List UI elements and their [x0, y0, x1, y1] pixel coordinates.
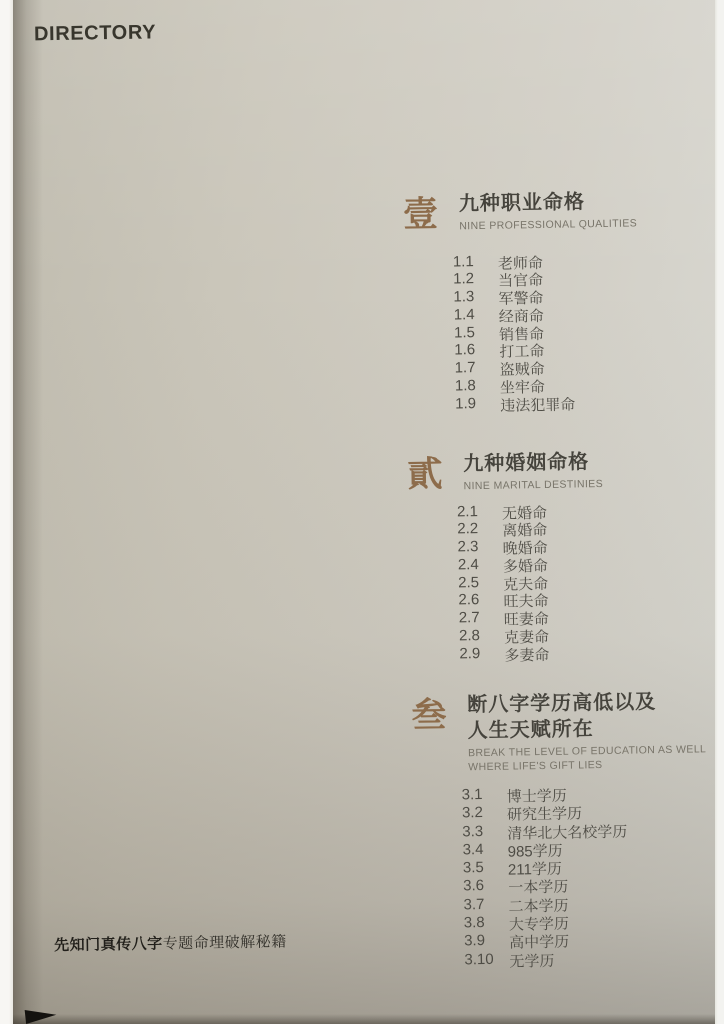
section-items: 2.1无婚命2.2离婚命2.3晚婚命2.4多婚命2.5克夫命2.6旺夫命2.7旺… — [457, 500, 606, 663]
section-subtitle-line: NINE PROFESSIONAL QUALITIES — [459, 217, 637, 233]
toc-item-label: 克夫命 — [503, 573, 548, 592]
section-body: 九种职业命格 NINE PROFESSIONAL QUALITIES 1.1老师… — [459, 188, 641, 413]
section-items: 1.1老师命1.2当官命1.3军警命1.4经商命1.5销售命1.6打工命1.7盗… — [453, 250, 641, 413]
toc-item-number: 1.7 — [454, 359, 499, 378]
toc-item-label: 违法犯罪命 — [500, 393, 575, 412]
toc-item-label: 离婚命 — [502, 519, 547, 538]
toc-item-label: 高中学历 — [509, 931, 569, 950]
section-items: 3.1博士学历3.2研究生学历3.3清华北大名校学历3.4985学历3.5211… — [462, 782, 710, 969]
toc-item-label: 旺妻命 — [504, 608, 549, 627]
toc-item-number: 3.5 — [463, 859, 508, 878]
toc-item-number: 2.9 — [459, 645, 504, 664]
toc-item-label: 211学历 — [508, 858, 562, 877]
toc-item-number: 3.3 — [462, 822, 507, 841]
toc-item-label: 博士学历 — [507, 785, 567, 804]
toc-item-label: 经商命 — [499, 305, 544, 324]
toc-item-label: 军警命 — [498, 287, 543, 306]
toc-item-number: 3.1 — [462, 786, 507, 805]
section-numeral: 壹 — [403, 196, 451, 414]
toc-item-number: 2.4 — [458, 556, 503, 575]
toc-item-number: 1.6 — [454, 341, 499, 360]
toc-item-label: 旺夫命 — [503, 590, 548, 609]
footer-subtitle: 专题命理破解秘籍 — [163, 933, 287, 952]
toc-item-label: 老师命 — [498, 251, 543, 270]
toc-item-number: 2.3 — [457, 538, 502, 557]
section-subtitle: BREAK THE LEVEL OF EDUCATION AS WELLWHER… — [468, 743, 707, 774]
toc-item: 2.9多妻命 — [459, 643, 606, 663]
toc-item-number: 1.8 — [455, 377, 500, 396]
toc-item-number: 3.10 — [464, 950, 509, 969]
toc-item: 1.9违法犯罪命 — [455, 392, 640, 413]
toc-item-number: 2.1 — [457, 502, 502, 521]
triangle-marker-icon — [25, 1007, 57, 1024]
toc-item-number: 1.5 — [454, 323, 499, 342]
toc-item-label: 晚婚命 — [502, 537, 547, 556]
toc-item-number: 1.2 — [453, 270, 498, 289]
toc-item-number: 1.1 — [453, 252, 498, 271]
toc-item-number: 3.9 — [464, 932, 509, 951]
section-title-line: 九种婚姻命格 — [463, 449, 603, 477]
toc-item-number: 1.9 — [455, 395, 500, 414]
toc-item-number: 3.4 — [462, 841, 507, 860]
toc-item-label: 一本学历 — [508, 876, 568, 895]
toc-item: 3.10无学历 — [464, 947, 710, 969]
toc-section: 貳 九种婚姻命格 NINE MARITAL DESTINIES 2.1无婚命2.… — [407, 449, 606, 664]
toc-item-label: 多婚命 — [503, 555, 548, 574]
section-numeral: 貳 — [407, 456, 454, 664]
section-title: 九种婚姻命格 — [463, 449, 603, 477]
section-body: 断八字学历高低以及人生天赋所在 BREAK THE LEVEL OF EDUCA… — [467, 688, 710, 969]
section-subtitle: NINE MARITAL DESTINIES — [463, 478, 603, 494]
page-title: DIRECTORY — [34, 21, 156, 46]
footer-caption: 先知门真传八字专题命理破解秘籍 — [54, 930, 287, 955]
section-title-line: 断八字学历高低以及 — [467, 688, 706, 718]
toc-item-number: 1.4 — [454, 306, 499, 325]
toc-item-label: 清华北大名校学历 — [507, 820, 627, 840]
toc-item-number: 3.8 — [464, 914, 509, 933]
toc-item-number: 1.3 — [453, 288, 498, 307]
toc-item-number: 3.7 — [463, 895, 508, 914]
section-title-line: 九种职业命格 — [459, 188, 637, 217]
toc-item-label: 985学历 — [507, 840, 562, 859]
toc-item-label: 打工命 — [499, 340, 544, 359]
toc-item-label: 克妻命 — [504, 626, 549, 645]
toc-item-label: 销售命 — [499, 323, 544, 342]
section-title: 断八字学历高低以及人生天赋所在 — [467, 688, 706, 744]
toc-item-label: 研究生学历 — [507, 803, 582, 823]
toc-section: 壹 九种职业命格 NINE PROFESSIONAL QUALITIES 1.1… — [403, 188, 641, 414]
section-title-line: 人生天赋所在 — [467, 714, 706, 744]
book-page: DIRECTORY 壹 九种职业命格 NINE PROFESSIONAL QUA… — [0, 0, 724, 1024]
toc-item-number: 2.8 — [459, 627, 504, 646]
toc-item-number: 3.6 — [463, 877, 508, 896]
toc-item-label: 当官命 — [498, 269, 543, 288]
toc-item-label: 盗贼命 — [499, 358, 544, 377]
section-title: 九种职业命格 — [459, 188, 637, 217]
toc-item-label: 无婚命 — [502, 501, 547, 520]
page-content: DIRECTORY 壹 九种职业命格 NINE PROFESSIONAL QUA… — [0, 0, 724, 1024]
section-subtitle-line: NINE MARITAL DESTINIES — [463, 478, 603, 494]
section-numeral: 叁 — [411, 696, 460, 970]
toc-item-number: 2.5 — [458, 573, 503, 592]
toc-item-label: 坐牢命 — [500, 376, 545, 395]
toc-item-label: 无学历 — [509, 950, 554, 969]
toc-item-number: 2.6 — [458, 591, 503, 610]
toc-section: 叁 断八字学历高低以及人生天赋所在 BREAK THE LEVEL OF EDU… — [411, 688, 710, 970]
toc-item-number: 2.7 — [459, 609, 504, 628]
footer-brand: 先知门真传八字 — [54, 935, 163, 954]
toc-item-label: 二本学历 — [508, 894, 568, 913]
toc-item-number: 3.2 — [462, 804, 507, 823]
toc-item-number: 2.2 — [457, 520, 502, 539]
toc-item-label: 大专学历 — [509, 913, 569, 932]
section-body: 九种婚姻命格 NINE MARITAL DESTINIES 2.1无婚命2.2离… — [463, 449, 606, 663]
section-subtitle: NINE PROFESSIONAL QUALITIES — [459, 217, 637, 233]
toc-item-label: 多妻命 — [504, 644, 549, 663]
